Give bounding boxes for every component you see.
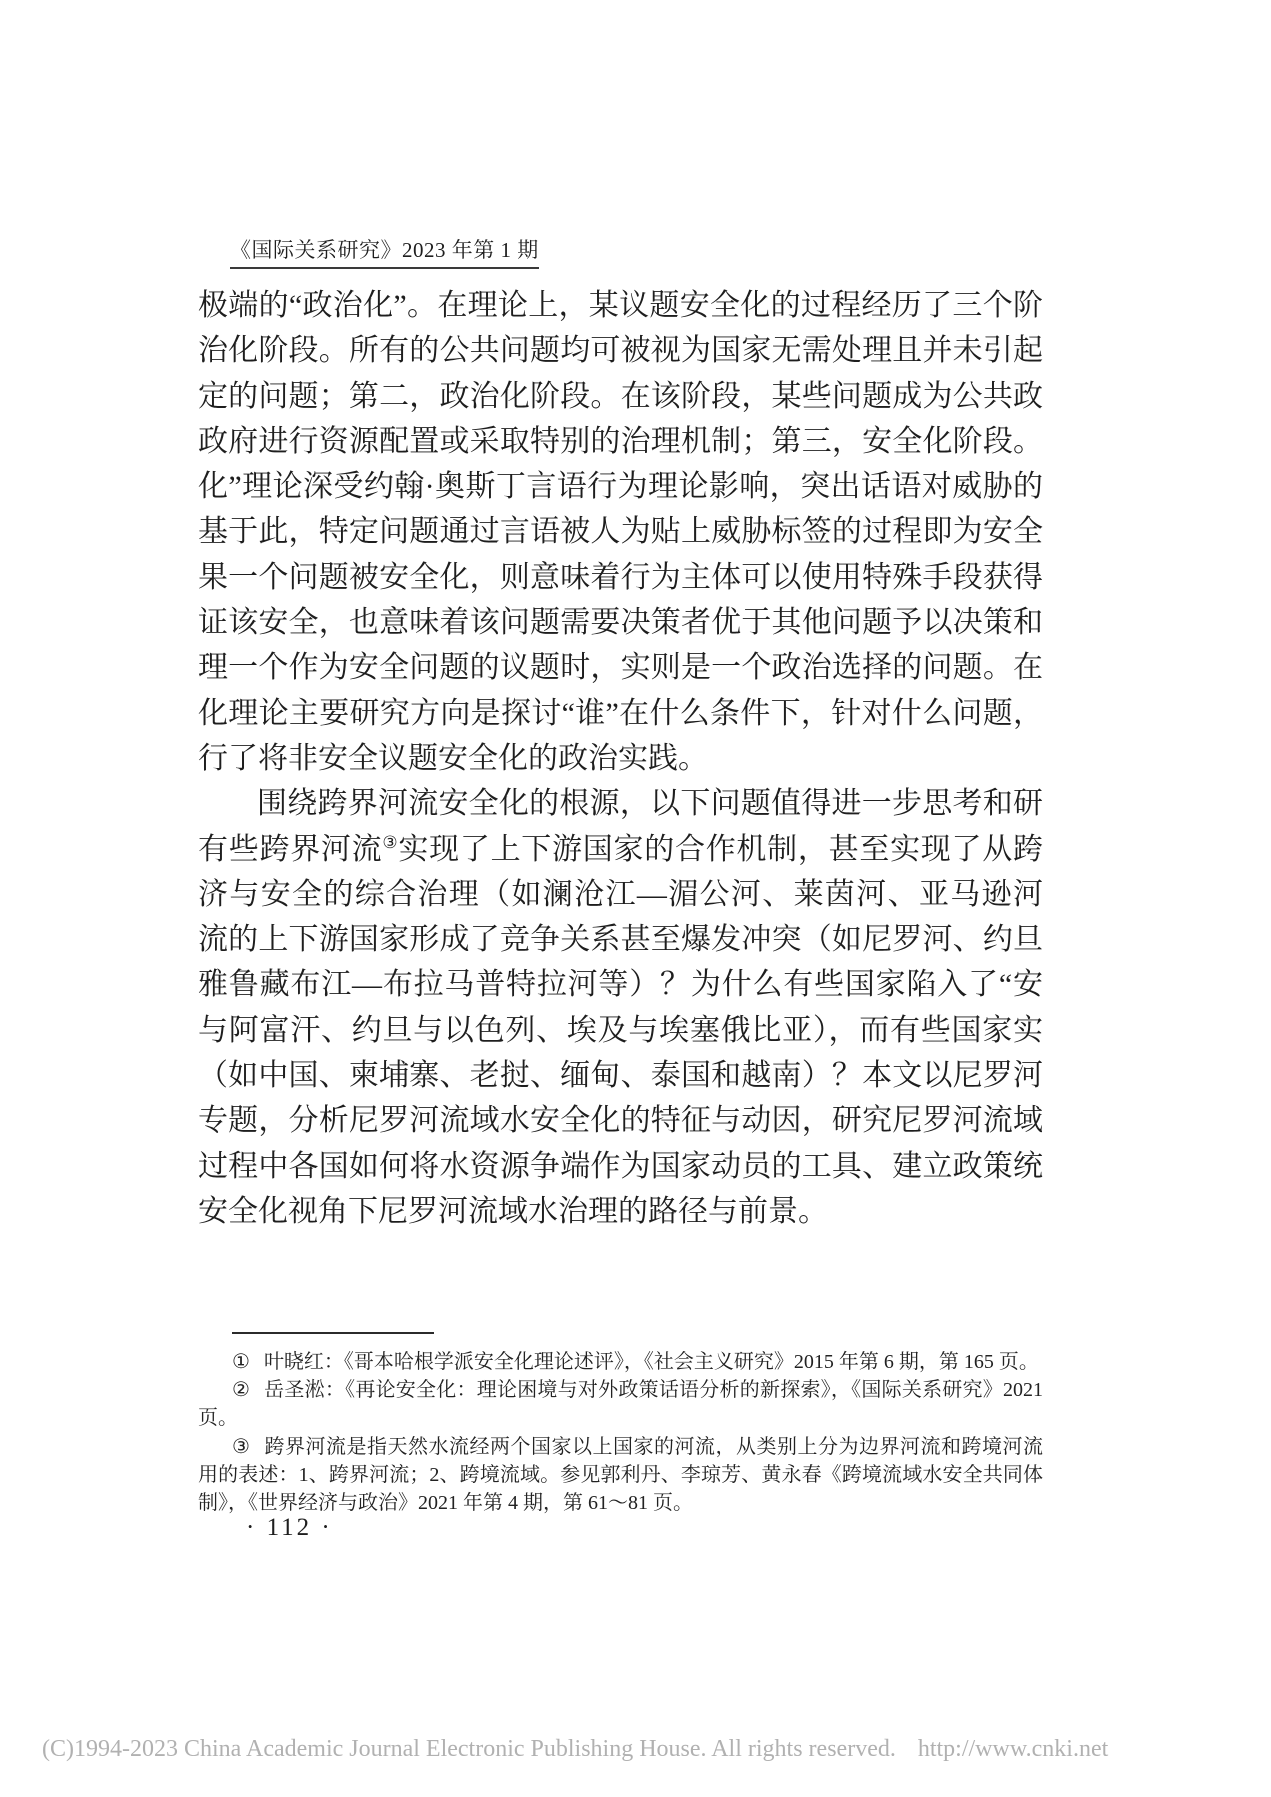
footnote-text: 跨界河流是指天然水流经两个国家以上国家的河流，从类别上分为边界河流和跨境河流两种… bbox=[232, 1436, 1043, 1461]
body-line: 安全化视角下尼罗河流域水治理的路径与前景。 bbox=[198, 1189, 1043, 1234]
watermark-copyright: (C)1994-2023 China Academic Journal Elec… bbox=[42, 1736, 896, 1762]
page-number: · 112 · bbox=[246, 1514, 333, 1542]
body-line: 有些跨界河流③实现了上下游国家的合作机制，甚至实现了从跨界河流治理到经 bbox=[198, 827, 1043, 872]
article-body: 极端的“政治化”。在理论上，某议题安全化的过程经历了三个阶段：第一，非政 治化阶… bbox=[198, 283, 1043, 1234]
body-line: 专题，分析尼罗河流域水安全化的特征与动因，研究尼罗河流域水安全格局重塑 bbox=[198, 1098, 1043, 1143]
footnote-text: 叶晓红：《哥本哈根学派安全化理论述评》，《社会主义研究》2015 年第 6 期，… bbox=[264, 1351, 1039, 1373]
watermark-url: http://www.cnki.net bbox=[918, 1736, 1108, 1762]
body-line: 理一个作为安全问题的议题时，实则是一个政治选择的问题。在此基础上，安全 bbox=[198, 645, 1043, 690]
footnote-divider bbox=[232, 1332, 434, 1334]
footnote-line: 制》，《世界经济与政治》2021 年第 4 期，第 61～81 页。 bbox=[198, 1489, 1043, 1517]
journal-issue-label: 《国际关系研究》2023 年第 1 期 bbox=[230, 234, 539, 269]
body-line-text: 化”理论深受约翰·奥斯丁言语行为理论影响，突出话语对威胁的建构作用。 bbox=[198, 470, 1043, 509]
body-line: 基于此，特定问题通过言语被人为贴上威胁标签的过程即为安全化。② 因此，如 bbox=[198, 509, 1043, 554]
body-line: 极端的“政治化”。在理论上，某议题安全化的过程经历了三个阶段：第一，非政 bbox=[198, 283, 1043, 328]
body-line: 治化阶段。所有的公共问题均可被视为国家无需处理且并未引起公众讨论和决 bbox=[198, 328, 1043, 373]
body-line: 济与安全的综合治理（如澜沧江—湄公河、莱茵河、亚马逊河等），而有些跨界河 bbox=[198, 872, 1043, 917]
body-line: 与阿富汗、约旦与以色列、埃及与埃塞俄比亚），而有些国家实现了“去安全化” bbox=[198, 1008, 1043, 1053]
footnote-marker-1: ① bbox=[232, 1351, 250, 1373]
footnote-line: ③跨界河流是指天然水流经两个国家以上国家的河流，从类别上分为边界河流和跨境河流两… bbox=[198, 1433, 1043, 1461]
body-line-text: 有些跨界河流 bbox=[198, 833, 382, 866]
footnote-text: 岳圣淞：《再论安全化：理论困境与对外政策话语分析的新探索》，《国际关系研究》20… bbox=[232, 1379, 1043, 1404]
body-line: 化”理论深受约翰·奥斯丁言语行为理论影响，突出话语对威胁的建构作用。① bbox=[198, 464, 1043, 509]
body-line: 证该安全，也意味着该问题需要决策者优于其他问题予以决策和处理。此外，处 bbox=[198, 600, 1043, 645]
footnote-marker-2: ② bbox=[232, 1379, 250, 1401]
body-line: （如中国、柬埔寨、老挝、缅甸、泰国和越南）？本文以尼罗河流域水安全化为研究 bbox=[198, 1053, 1043, 1098]
body-line: 过程中各国如何将水资源争端作为国家动员的工具、建立政策统一战线，展望去 bbox=[198, 1144, 1043, 1189]
body-line: 流的上下游国家形成了竞争关系甚至爆发冲突（如尼罗河、约旦河、赫尔曼德河、 bbox=[198, 917, 1043, 962]
footnote-ref-3: ③ bbox=[382, 833, 398, 852]
body-line: 围绕跨界河流安全化的根源，以下问题值得进一步思考和研究。如为什么 bbox=[198, 781, 1043, 826]
body-line: 雅鲁藏布江—布拉马普特拉河等）？为什么有些国家陷入了“安全化”困境（伊朗 bbox=[198, 962, 1043, 1007]
body-line: 化理论主要研究方向是探讨“谁”在什么条件下，针对什么问题，基于何种威胁进 bbox=[198, 691, 1043, 736]
footnote-line: 页。 bbox=[198, 1404, 1043, 1432]
footnote-line: 用的表述：1、跨界河流；2、跨境流域。参见郭利丹、李琼芳、黄永春《跨境流域水安全… bbox=[198, 1461, 1043, 1489]
footnote-marker-3: ③ bbox=[232, 1436, 250, 1458]
cnki-watermark: (C)1994-2023 China Academic Journal Elec… bbox=[42, 1736, 1108, 1763]
footnotes-section: ①叶晓红：《哥本哈根学派安全化理论述评》，《社会主义研究》2015 年第 6 期… bbox=[198, 1348, 1043, 1517]
body-line: 政府进行资源配置或采取特别的治理机制；第三，安全化阶段。通常认为，“安全 bbox=[198, 419, 1043, 464]
journal-issue-header: 《国际关系研究》2023 年第 1 期 bbox=[230, 234, 539, 269]
journal-page: 《国际关系研究》2023 年第 1 期 极端的“政治化”。在理论上，某议题安全化… bbox=[0, 0, 1271, 1797]
footnote-line: ①叶晓红：《哥本哈根学派安全化理论述评》，《社会主义研究》2015 年第 6 期… bbox=[198, 1348, 1043, 1376]
body-line-text: 基于此，特定问题通过言语被人为贴上威胁标签的过程即为安全化。 bbox=[198, 515, 1043, 554]
body-line: 定的问题；第二，政治化阶段。在该阶段，某些问题成为公共政策的一部分，需要 bbox=[198, 374, 1043, 419]
body-line: 行了将非安全议题安全化的政治实践。 bbox=[198, 736, 1043, 781]
body-line: 果一个问题被安全化，则意味着行为主体可以使用特殊手段获得必要的资源保 bbox=[198, 555, 1043, 600]
footnote-line: ②岳圣淞：《再论安全化：理论困境与对外政策话语分析的新探索》，《国际关系研究》2… bbox=[198, 1376, 1043, 1404]
